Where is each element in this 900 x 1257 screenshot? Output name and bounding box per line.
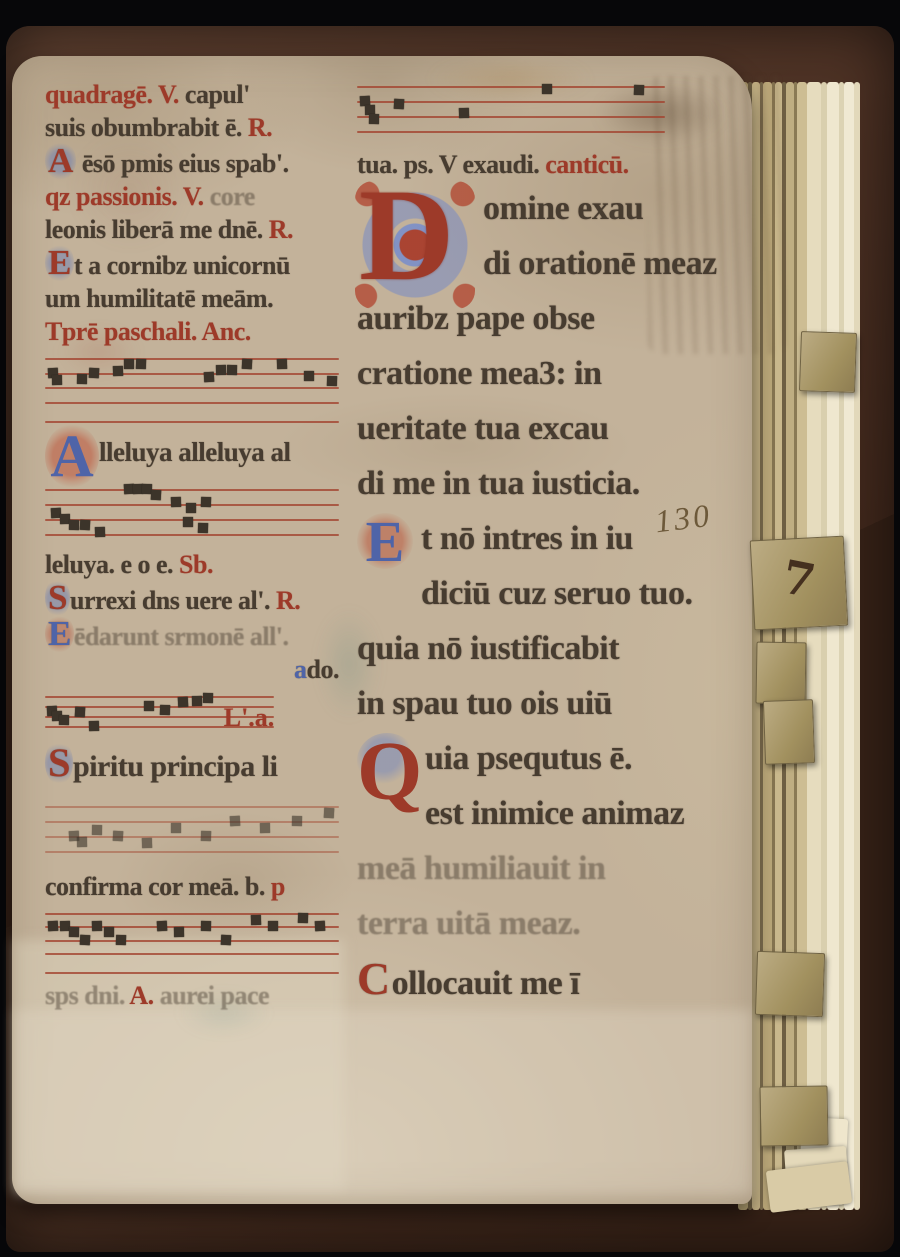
manuscript-text-line: suis obumbrabit ē. R. <box>45 111 339 144</box>
text-segment: omine exau <box>483 190 643 227</box>
manuscript-text-line: confirma cor meā. b. p <box>45 870 339 903</box>
neume-square <box>92 921 102 931</box>
staff-line <box>45 402 339 404</box>
manuscript-text-line: ado. <box>45 653 339 686</box>
page-edge-strip <box>807 82 821 1210</box>
penwork-initial: E <box>357 513 413 569</box>
neume-square <box>75 707 86 718</box>
page-edge-strip <box>827 82 839 1210</box>
parchment-tab: 7 <box>750 536 849 631</box>
music-staff: L'.a. <box>45 688 274 738</box>
staff-line <box>45 696 274 698</box>
manuscript-text-line: leluya. e o e. Sb. <box>45 548 339 581</box>
neume-square <box>277 359 287 369</box>
text-segment: R. <box>248 113 272 142</box>
text-segment: do. <box>307 655 339 684</box>
neume-square <box>192 696 202 706</box>
page-edge-strip <box>854 82 860 1210</box>
text-segment: ēsō pmis eius spab'. <box>76 149 289 178</box>
neume-square <box>315 921 326 932</box>
text-segment: canticū. <box>545 150 628 179</box>
staff-line <box>45 358 339 360</box>
neume-square <box>634 85 644 95</box>
neume-square <box>151 489 162 500</box>
staff-line <box>45 387 339 389</box>
neume-square <box>183 517 193 527</box>
neume-square <box>59 715 69 725</box>
text-segment: suis obumbrabit ē. <box>45 113 248 142</box>
manuscript-text-line: cratione mea3: in <box>357 346 665 401</box>
illuminated-initial-d: D <box>357 187 473 281</box>
manuscript-text-line: diciū cuz seruo tuo. <box>357 566 665 621</box>
text-segment: leluya. e o e. <box>45 550 179 579</box>
text-segment: R. <box>276 586 300 615</box>
manuscript-text-line: lleluya alleluya al <box>99 428 291 476</box>
neume-square <box>80 519 91 530</box>
neume-square <box>88 721 98 731</box>
manuscript-text-line: in spau tuo ois uiū <box>357 676 665 731</box>
neume-square <box>203 693 213 703</box>
text-segment: ollocauit me ī <box>392 965 580 1002</box>
neume-square <box>201 921 211 931</box>
text-segment: R. <box>269 215 293 244</box>
text-segment: capul' <box>179 80 250 109</box>
staff-line <box>357 131 665 133</box>
folio-number: 130 <box>653 497 714 541</box>
text-segment: Sb. <box>179 550 213 579</box>
staff-line <box>45 972 339 974</box>
manuscript-text-line: Et a cornibz unicornū <box>45 246 339 282</box>
music-staff <box>45 792 339 868</box>
neume-square <box>201 497 211 507</box>
neume-square <box>136 359 146 369</box>
manuscript-text-line: terra uitā meaz. <box>357 896 665 951</box>
neume-square <box>324 808 335 819</box>
text-segment: confirma cor meā. b. <box>45 872 271 901</box>
neume-square <box>186 503 196 513</box>
neume-square <box>171 823 181 833</box>
neume-square <box>112 366 122 376</box>
initial-letter: D <box>359 169 454 301</box>
neume-square <box>159 705 169 715</box>
neume-square <box>304 371 314 381</box>
text-segment: diciū cuz seruo tuo. <box>421 575 692 612</box>
text-segment: t a cornibz unicornū <box>74 251 290 280</box>
text-segment: ueritate tua excau <box>357 410 609 447</box>
staff-line <box>45 851 339 853</box>
text-segment: t nō intres in iu <box>421 520 633 557</box>
neume-square <box>80 934 91 945</box>
staff-line <box>45 806 339 808</box>
manuscript-text-line: quia nō iustificabit <box>357 621 665 676</box>
staff-line-partial <box>45 967 339 979</box>
neume-square <box>292 815 302 825</box>
neume-square <box>227 365 237 375</box>
music-staff <box>45 905 339 965</box>
alleluya-line: Alleluya alleluya al <box>45 428 339 478</box>
music-staff <box>357 74 665 146</box>
music-staff <box>45 350 339 414</box>
neume-square <box>92 824 102 834</box>
manuscript-text-line: qz passionis. V. core <box>45 180 339 213</box>
manuscript-text-line: meā humiliauit in <box>357 841 665 896</box>
text-segment: core <box>204 182 255 211</box>
music-staff <box>45 480 339 546</box>
neume-square <box>242 359 253 370</box>
text-segment: quia nō iustificabit <box>357 630 619 667</box>
neume-square <box>124 359 134 369</box>
staff-line-partial <box>45 416 339 428</box>
neume-square <box>68 927 78 937</box>
neume-square <box>142 838 152 848</box>
text-segment: sps dni. <box>45 981 129 1010</box>
staff-label: L'.a. <box>224 703 275 733</box>
parchment-tab <box>759 1085 828 1146</box>
text-segment: terra uitā meaz. <box>357 905 580 942</box>
text-segment: uia psequtus ē. <box>425 740 632 777</box>
neume-square <box>174 927 184 937</box>
neume-square <box>48 921 59 932</box>
neume-square <box>251 914 261 924</box>
text-segment: qz passionis. V. <box>45 182 204 211</box>
psalm-section: Domine exaudi orationē meazauribz pape o… <box>357 181 665 511</box>
neume-square <box>230 815 241 826</box>
neume-square <box>115 934 125 944</box>
text-segment: p <box>271 872 285 901</box>
text-segment: in spau tuo ois uiū <box>357 685 612 722</box>
manuscript-text-line: um humilitatē meām. <box>45 282 339 315</box>
manuscript-text-line: A ēsō pmis eius spab'. <box>45 144 339 180</box>
neume-square <box>178 697 189 708</box>
right-text-column: tua. ps. V exaudi. canticū.Domine exaudi… <box>357 72 665 1011</box>
text-segment: leonis liberā me dnē. <box>45 215 269 244</box>
tab-ink-mark: 7 <box>778 550 820 609</box>
text-segment: E <box>45 243 74 282</box>
neume-square <box>458 107 468 117</box>
neume-square <box>327 376 337 386</box>
neume-square <box>77 836 87 846</box>
manuscript-text-line: Surrexi dns uere al'. R. <box>45 581 339 617</box>
psalm-section: Collocauit me ī <box>357 951 665 1011</box>
manuscript-text-line: leonis liberā me dnē. R. <box>45 213 339 246</box>
neume-square <box>52 375 62 385</box>
neume-square <box>89 367 100 378</box>
staff-line <box>45 836 339 838</box>
neume-square <box>156 921 167 932</box>
neume-square <box>68 519 78 529</box>
text-segment: um humilitatē meām. <box>45 284 273 313</box>
parchment-tab <box>799 331 857 393</box>
manuscript-text-line: Tprē paschali. Anc. <box>45 315 339 348</box>
text-segment: cratione mea3: in <box>357 355 602 392</box>
neume-square <box>268 921 278 931</box>
neume-square <box>171 497 181 507</box>
penwork-initial: Q <box>357 733 417 789</box>
text-segment: Tprē paschali. Anc. <box>45 317 251 346</box>
manuscript-text-line: sps dni. A. aurei pace <box>45 979 339 1012</box>
staff-line <box>45 421 339 423</box>
staff-line <box>45 489 339 491</box>
text-segment: A <box>45 141 76 180</box>
neume-square <box>221 934 232 945</box>
neume-square <box>198 522 208 532</box>
text-segment: S <box>45 578 70 617</box>
neume-square <box>104 927 114 937</box>
neume-square <box>215 365 225 375</box>
text-segment: ēdarunt srmonē all'. <box>74 622 289 651</box>
parchment-tab <box>755 951 825 1017</box>
text-segment: quadragē. V. <box>45 80 179 109</box>
manuscript-photo: quadragē. V. capul'suis obumbrabit ē. R.… <box>0 0 900 1257</box>
text-segment: aurei pace <box>154 981 269 1010</box>
neume-square <box>77 373 87 383</box>
neume-square <box>201 830 211 840</box>
staff-line <box>357 86 665 88</box>
neume-square <box>298 913 308 923</box>
text-segment: di orationē meaz <box>483 245 717 282</box>
staff-line <box>45 926 339 928</box>
text-segment: di me in tua iusticia. <box>357 465 640 502</box>
neume-square <box>542 84 552 94</box>
neume-square <box>369 113 379 123</box>
parchment-tab <box>755 642 806 705</box>
psalm-section: Et nō intres in iudiciū cuz seruo tuo.qu… <box>357 511 665 731</box>
manuscript-text-line: Spiritu principa li <box>45 740 339 790</box>
manuscript-text-line: Collocauit me ī <box>357 951 665 1011</box>
text-segment: S <box>45 740 73 785</box>
manuscript-text-line: Eēdarunt srmonē all'. <box>45 617 339 653</box>
text-segment: urrexi dns uere al'. <box>70 586 276 615</box>
text-segment: est inimice animaz <box>425 795 684 832</box>
text-segment: A. <box>129 981 153 1010</box>
neume-square <box>394 98 405 109</box>
penwork-initial: C <box>357 953 392 1004</box>
parchment-tab <box>763 699 815 765</box>
neume-square <box>112 830 123 841</box>
psalm-section: Quia psequtus ē.est inimice animazmeā hu… <box>357 731 665 951</box>
ink-bleedthrough <box>648 76 786 354</box>
text-segment: E <box>45 614 74 653</box>
neume-square <box>95 527 105 537</box>
manuscript-text-line: quadragē. V. capul' <box>45 78 339 111</box>
text-segment: piritu principa li <box>73 750 277 783</box>
left-text-column: quadragē. V. capul'suis obumbrabit ē. R.… <box>45 78 339 1012</box>
staff-line <box>45 953 339 955</box>
neume-square <box>203 372 214 383</box>
manuscript-text-line: di me in tua iusticia. <box>357 456 665 511</box>
staff-line <box>357 116 665 118</box>
page-edge-strip <box>844 82 854 1210</box>
neume-square <box>260 823 270 833</box>
neume-square <box>144 701 154 711</box>
staff-line <box>45 913 339 915</box>
illuminated-initial-a: A <box>45 424 99 488</box>
text-segment: meā humiliauit in <box>357 850 605 887</box>
staff-line <box>45 534 339 536</box>
manuscript-text-line: ueritate tua excau <box>357 401 665 456</box>
text-segment: a <box>294 655 307 684</box>
